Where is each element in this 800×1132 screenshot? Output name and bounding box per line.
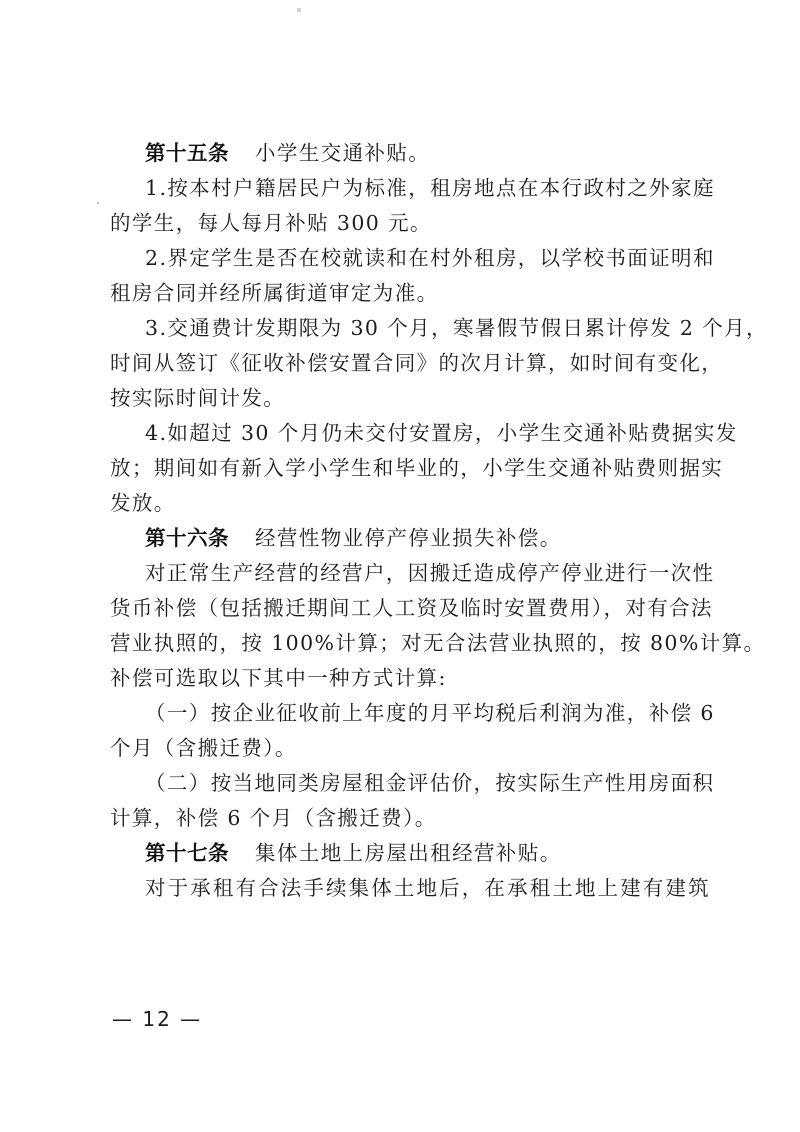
article-15-item-3-line-2: 时间从签订《征收补偿安置合同》的次月计算，如时间有变化， (110, 346, 710, 381)
article-16-para-line-4: 补偿可选取以下其中一种方式计算: (110, 661, 710, 696)
article-16-para-line-1: 对正常生产经营的经营户，因搬迁造成停产停业进行一次性 (145, 556, 710, 591)
article-15-item-4-line-3: 发放。 (110, 486, 710, 521)
article-17-para-line-1: 对于承租有合法手续集体土地后，在承租土地上建有建筑 (145, 871, 710, 906)
article-15-item-1-line-1: 1.按本村户籍居民户为标准，租房地点在本行政村之外家庭 (145, 171, 710, 206)
article-15-item-4-line-1: 4.如超过 30 个月仍未交付安置房，小学生交通补贴费据实发 (145, 416, 710, 451)
article-16-title: 经营性物业停产停业损失补偿。 (255, 526, 562, 550)
article-16-option-1-line-1: （一）按企业征收前上年度的月平均税后利润为准，补偿 6 (145, 696, 710, 731)
article-16-option-1-line-2: 个月（含搬迁费）。 (110, 731, 710, 766)
article-16-number: 第十六条 (145, 526, 229, 550)
article-17-heading: 第十七条集体土地上房屋出租经营补贴。 (145, 836, 710, 871)
article-15-number: 第十五条 (145, 141, 229, 165)
article-15-title: 小学生交通补贴。 (255, 141, 430, 165)
article-16-option-2-line-2: 计算，补偿 6 个月（含搬迁费）。 (110, 801, 710, 836)
article-15-item-4-line-2: 放；期间如有新入学小学生和毕业的，小学生交通补贴费则据实 (110, 451, 710, 486)
page-number: — 12 — (112, 1004, 202, 1034)
article-15-item-2-line-1: 2.界定学生是否在校就读和在村外租房，以学校书面证明和 (145, 241, 710, 276)
article-15-heading: 第十五条小学生交通补贴。 (145, 136, 710, 171)
article-15-item-1-line-2: 的学生，每人每月补贴 300 元。 (110, 206, 710, 241)
article-15-item-2-line-2: 租房合同并经所属街道审定为准。 (110, 276, 710, 311)
scan-artifact-dot (97, 202, 99, 204)
article-16-option-2-line-1: （二）按当地同类房屋租金评估价，按实际生产性用房面积 (145, 766, 710, 801)
article-15-item-3-line-1: 3.交通费计发期限为 30 个月，寒暑假节假日累计停发 2 个月， (145, 311, 710, 346)
document-page: 第十五条小学生交通补贴。 1.按本村户籍居民户为标准，租房地点在本行政村之外家庭… (0, 0, 800, 1132)
article-17-title: 集体土地上房屋出租经营补贴。 (255, 841, 562, 865)
article-17-number: 第十七条 (145, 841, 229, 865)
scan-artifact-mark (297, 8, 301, 12)
article-16-para-line-2: 货币补偿（包括搬迁期间工人工资及临时安置费用），对有合法 (110, 591, 710, 626)
article-16-heading: 第十六条经营性物业停产停业损失补偿。 (145, 521, 710, 556)
article-16-para-line-3: 营业执照的，按 100%计算；对无合法营业执照的，按 80%计算。 (110, 626, 710, 661)
article-15-item-3-line-3: 按实际时间计发。 (110, 381, 710, 416)
